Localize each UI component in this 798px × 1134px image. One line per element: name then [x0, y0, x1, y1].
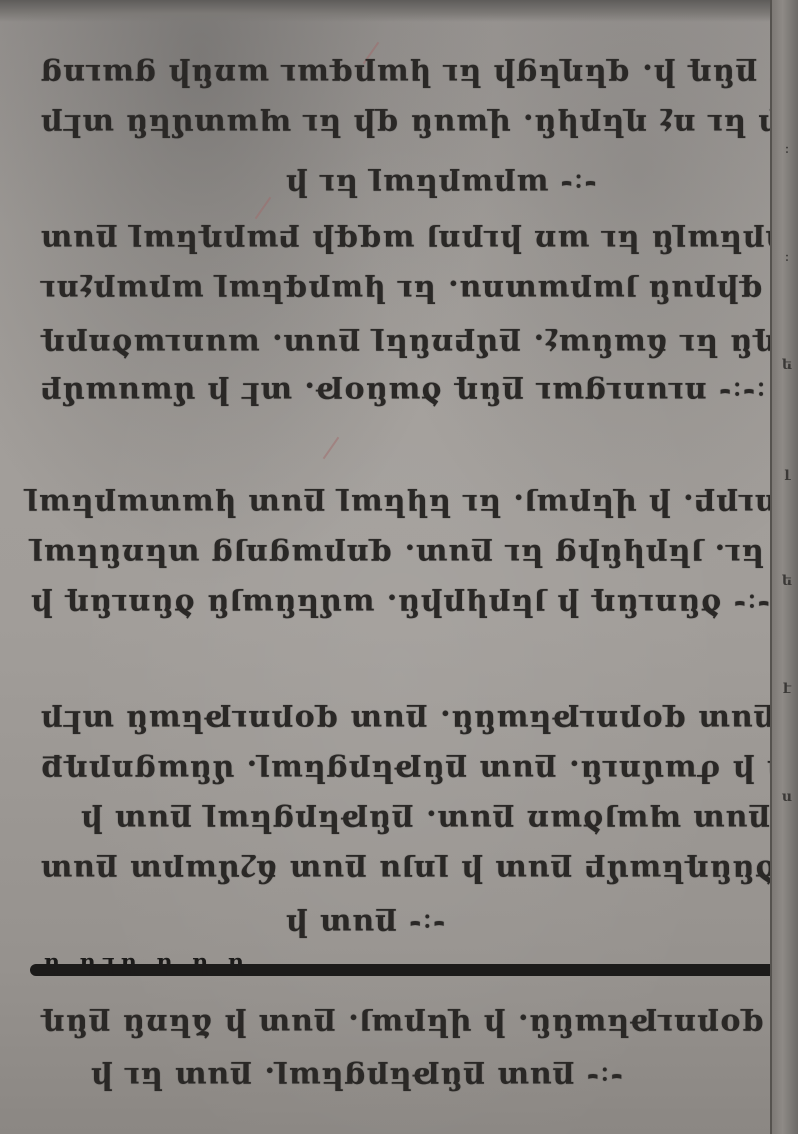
manuscript-line-text: ըստ զիսն եւ. յերկնից եւ ըստ. զորացոյց տե… [30, 537, 798, 572]
manuscript-line-text: ոսև ասաց ընդ ի. զեղեցի եւ կարգաւ առնի ցա… [40, 57, 798, 92]
manuscript-line: ։֊։֊ ուսուցաւ ընդ ծանօթ. տէ ի մասամբ [0, 370, 798, 414]
manuscript-line: ։ց ընդ գիրսն յարատոս. եւ կարգեալ արարչու [0, 268, 798, 312]
binding-mark: ս [780, 788, 794, 806]
manuscript-line-text: ուստի զօրութ. ըստ զօրութեանն. ըստ զօրութ… [40, 703, 798, 738]
manuscript-line-text: ֊։֊ արարեալ եւ ի [285, 167, 596, 202]
manuscript-line-text: ։ց ընդ գիրսն յարատոս. եւ կարգեալ արարչու [40, 273, 798, 308]
manuscript-line-text: զարարին սուրբ. ի վերայ. եւ եկեալ ըստ կատ… [25, 487, 798, 522]
manuscript-page: ոսև ասաց ընդ ի. զեղեցի եւ կարգաւ առնի ցա… [0, 0, 798, 1134]
manuscript-line-text: ֊։֊ ըստ ընթերցեալ. ըստ եւ ի [90, 1060, 623, 1095]
manuscript-line-text: կար եւ ոչ ղերկն. վասն զի եւ պատմեն տէր [40, 107, 798, 142]
manuscript-line: ուստի զօրութ. ըստ զօրութեանն. ըստ զօրութ… [0, 698, 798, 742]
binding-mark: լ [780, 464, 794, 482]
manuscript-line-text: ի ձեռն զօրութեանն. ի վերայ. ըստ ի ձեռն ը… [40, 1007, 798, 1042]
manuscript-line-text: ըստ ծննդեամբ ըստ ի լոյս ըստ ճշմարտ ըստ [40, 853, 798, 888]
manuscript-line-text: ըստ զմարդն եւ ճանաչ. ըմբռնել ըստ. ասուած… [40, 327, 798, 362]
manuscript-line: ըստ զմարդն եւ ճանաչ. ըմբռնել ըստ. ասուած… [0, 322, 798, 366]
manuscript-line: ոսև ասաց ընդ ի. զեղեցի եւ կարգաւ առնի ցա… [0, 52, 798, 96]
rubric-trace-mark [323, 437, 340, 459]
struck-text: ե ե ե եէե ե [38, 952, 244, 978]
manuscript-line: ըստ պայծառ ըստ. ընթերցեալ ըստ ի [0, 798, 798, 842]
binding-mark: է [780, 680, 794, 698]
manuscript-line: ֊։֊ արարեալ եւ ի [0, 162, 798, 206]
manuscript-line: ֊։֊ ըստ ընթերցեալ. ըստ եւ ի [0, 1055, 798, 1099]
manuscript-line-text: ի. ըստ ի ժամուն. ըստ ընթերցեալ. մնացորդք [40, 753, 798, 788]
manuscript-line: ։֊։֊ ծնունդ ի յերկրին. ամենայն ծնունդ ի [0, 582, 798, 626]
binding-marks: ։։ելեէս [780, 140, 794, 896]
manuscript-line: ի ձեռն զօրութեանն. ի վերայ. ըստ ի ձեռն ը… [0, 1002, 798, 1046]
manuscript-line: կար եւ ոչ ղերկն. վասն զի եւ պատմեն տէր [0, 102, 798, 146]
manuscript-line: զարարին սուրբ. ի վերայ. եւ եկեալ ըստ կատ… [0, 482, 798, 526]
binding-mark: ե [780, 572, 794, 590]
manuscript-line: ի. ըստ ի ժամուն. ըստ ընթերցեալ. մնացորդք [0, 748, 798, 792]
manuscript-line-text: ։֊։֊ ծնունդ ի յերկրին. ամենայն ծնունդ ի [30, 587, 781, 622]
binding-mark: ե [780, 356, 794, 374]
manuscript-line: ֊։֊ ըստ ի [0, 902, 798, 946]
manuscript-line-text: ։֊։֊ ուսուցաւ ընդ ծանօթ. տէ ի մասամբ [40, 375, 766, 410]
manuscript-line-text: ֊։֊ ըստ ի [285, 907, 445, 942]
manuscript-line-text: ի թագաւորեալն եւ առ իւրոյ ազգի բարդեալ ը… [40, 223, 798, 258]
manuscript-line: ըստ ծննդեամբ ըստ ի լոյս ըստ ճշմարտ ըստ [0, 848, 798, 892]
manuscript-line: ըստ զիսն եւ. յերկնից եւ ըստ. զորացոյց տե… [0, 532, 798, 576]
page-top-shadow [0, 0, 798, 22]
binding-mark: ։ [780, 140, 794, 158]
manuscript-line-text: ըստ պայծառ ըստ. ընթերցեալ ըստ ի [80, 803, 770, 838]
binding-mark: ։ [780, 248, 794, 266]
manuscript-line: ի թագաւորեալն եւ առ իւրոյ ազգի բարդեալ ը… [0, 218, 798, 262]
binding-edge: ։։ելեէս [770, 0, 798, 1134]
